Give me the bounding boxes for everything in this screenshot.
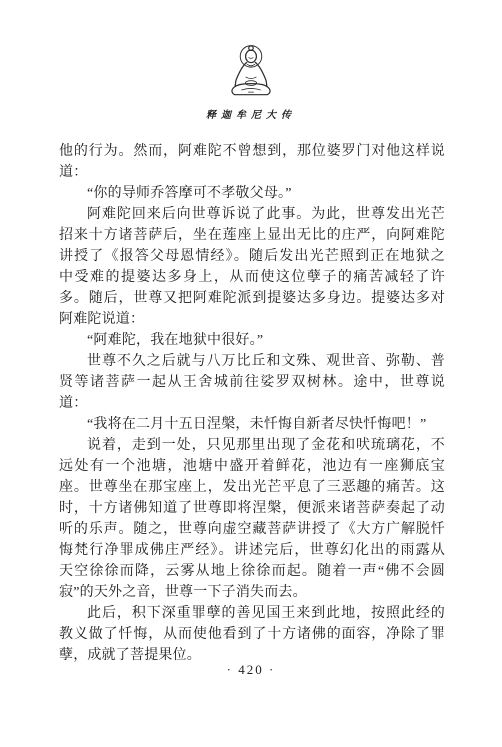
text-line: 中受难的提婆达多身上，从而使这位孽子的痛苦减轻了许 (59, 267, 445, 288)
chapter-ornament: 释迦牟尼大传 (0, 40, 502, 121)
text-line: 座。世尊坐在那宝座上，发出光芒平息了三恶趣的痛苦。这 (59, 477, 445, 498)
buddha-icon (212, 40, 290, 102)
book-title-stamp: 释迦牟尼大传 (206, 106, 296, 121)
text-line: 阿难陀说道： (59, 309, 445, 330)
text-line: 时，十方诸佛知道了世尊即将涅槃，便派来诸菩萨奏起了动 (59, 498, 445, 519)
page-footer: · 420 · (0, 662, 502, 678)
text-line: 说着，走到一处，只见那里出现了金花和吠琉璃花，不 (59, 435, 445, 456)
text-line: 他的行为。然而，阿难陀不曾想到，那位婆罗门对他这样说 (59, 141, 445, 162)
text-line: 此后，积下深重罪孽的善见国王来到此地，按照此经的 (59, 603, 445, 624)
book-page: 释迦牟尼大传 他的行为。然而，阿难陀不曾想到，那位婆罗门对他这样说 道： “你的… (0, 0, 502, 747)
text-line: 天空徐徐而降，云雾从地上徐徐而起。随着一声“佛不会圆 (59, 561, 445, 582)
text-line: 道： (59, 393, 445, 414)
page-number: · 420 · (227, 662, 276, 677)
text-line: 贤等诸菩萨一起从王舍城前往娑罗双树林。途中，世尊说 (59, 372, 445, 393)
text-line: 听的乐声。随之，世尊向虚空藏菩萨讲授了《大方广解脱忏 (59, 519, 445, 540)
text-line: 讲授了《报答父母恩情经》。随后发出光芒照到正在地狱之 (59, 246, 445, 267)
text-line: 招来十方诸菩萨后，坐在莲座上显出无比的庄严，向阿难陀 (59, 225, 445, 246)
text-line: 教义做了忏悔，从而使他看到了十方诸佛的面容，净除了罪 (59, 624, 445, 645)
text-line: 阿难陀回来后向世尊诉说了此事。为此，世尊发出光芒 (59, 204, 445, 225)
text-line: 道： (59, 162, 445, 183)
text-line: 寂”的天外之音，世尊一下子消失而去。 (59, 582, 445, 603)
text-line: “我将在二月十五日涅槃，未忏悔自新者尽快忏悔吧！” (59, 414, 445, 435)
body-text: 他的行为。然而，阿难陀不曾想到，那位婆罗门对他这样说 道： “你的导师乔答摩可不… (59, 141, 445, 666)
text-line: “阿难陀，我在地狱中很好。” (59, 330, 445, 351)
text-line: “你的导师乔答摩可不孝敬父母。” (59, 183, 445, 204)
text-line: 多。随后，世尊又把阿难陀派到提婆达多身边。提婆达多对 (59, 288, 445, 309)
text-line: 悔梵行净罪成佛庄严经》。讲述完后，世尊幻化出的雨露从 (59, 540, 445, 561)
text-line: 远处有一个池塘，池塘中盛开着鲜花，池边有一座狮底宝 (59, 456, 445, 477)
text-line: 世尊不久之后就与八万比丘和文殊、观世音、弥勒、普 (59, 351, 445, 372)
